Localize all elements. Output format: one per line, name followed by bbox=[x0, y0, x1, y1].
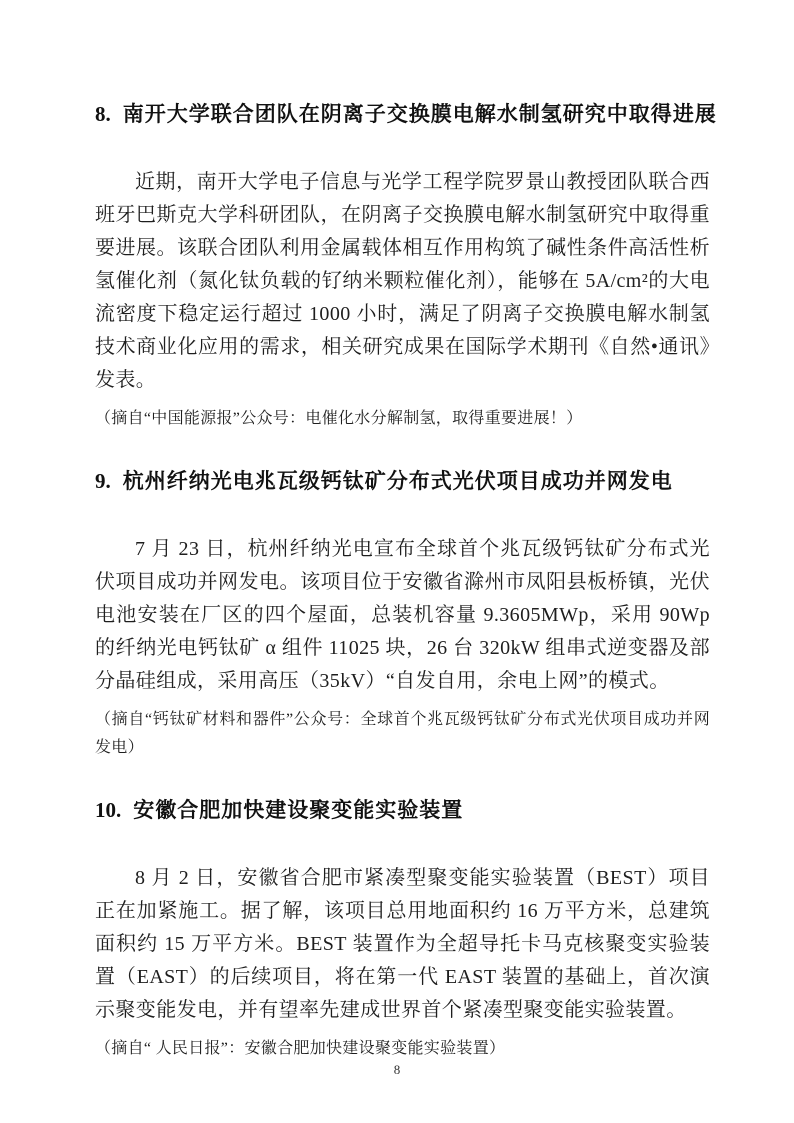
section-number: 9. bbox=[95, 469, 111, 493]
section-citation: （摘自“中国能源报”公众号：电催化水分解制氢，取得重要进展！） bbox=[95, 405, 710, 433]
section-title: 南开大学联合团队在阴离子交换膜电解水制氢研究中取得进展 bbox=[123, 102, 717, 126]
section-title: 安徽合肥加快建设聚变能实验装置 bbox=[133, 798, 463, 822]
section-number: 10. bbox=[95, 798, 121, 822]
document-page: 8.南开大学联合团队在阴离子交换膜电解水制氢研究中取得进展 近期，南开大学电子信… bbox=[0, 0, 794, 1123]
page-number: 8 bbox=[0, 1062, 794, 1078]
section-citation: （摘自“钙钛矿材料和器件”公众号：全球首个兆瓦级钙钛矿分布式光伏项目成功并网发电… bbox=[95, 706, 710, 762]
section-heading: 10.安徽合肥加快建设聚变能实验装置 bbox=[95, 796, 710, 824]
news-section-10: 10.安徽合肥加快建设聚变能实验装置 8 月 2 日，安徽省合肥市紧凑型聚变能实… bbox=[95, 796, 710, 1063]
section-body: 近期，南开大学电子信息与光学工程学院罗景山教授团队联合西班牙巴斯克大学科研团队，… bbox=[95, 166, 710, 397]
section-heading: 8.南开大学联合团队在阴离子交换膜电解水制氢研究中取得进展 bbox=[95, 100, 710, 128]
news-section-8: 8.南开大学联合团队在阴离子交换膜电解水制氢研究中取得进展 近期，南开大学电子信… bbox=[95, 100, 710, 433]
section-body: 7 月 23 日，杭州纤纳光电宣布全球首个兆瓦级钙钛矿分布式光伏项目成功并网发电… bbox=[95, 533, 710, 698]
section-body: 8 月 2 日，安徽省合肥市紧凑型聚变能实验装置（BEST）项目正在加紧施工。据… bbox=[95, 862, 710, 1027]
section-citation: （摘自“ 人民日报”：安徽合肥加快建设聚变能实验装置） bbox=[95, 1035, 710, 1063]
section-number: 8. bbox=[95, 102, 111, 126]
news-section-9: 9.杭州纤纳光电兆瓦级钙钛矿分布式光伏项目成功并网发电 7 月 23 日，杭州纤… bbox=[95, 467, 710, 762]
section-title: 杭州纤纳光电兆瓦级钙钛矿分布式光伏项目成功并网发电 bbox=[123, 469, 673, 493]
section-heading: 9.杭州纤纳光电兆瓦级钙钛矿分布式光伏项目成功并网发电 bbox=[95, 467, 710, 495]
